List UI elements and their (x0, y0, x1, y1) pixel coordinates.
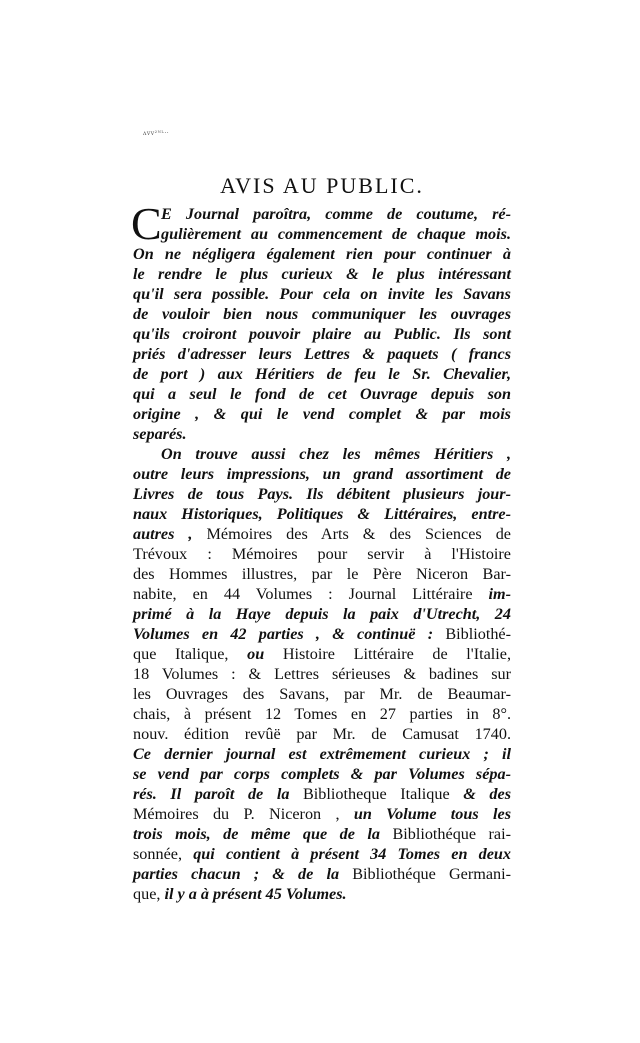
text-line: se vend par corps complets & par Volumes… (133, 764, 511, 784)
text-line: de vouloir bien nous communiquer les ouv… (133, 304, 511, 324)
italic-text: On ne négligera également rien pour cont… (133, 245, 511, 263)
text-line: les Ouvrages des Savans, par Mr. de Beau… (133, 684, 511, 704)
italic-text: rés. Il paroît de la (133, 785, 303, 803)
italic-text: & des (463, 785, 511, 803)
roman-text: Bibliothéque rai- (392, 825, 511, 843)
italic-text: E Journal paroîtra, comme de coutume, ré… (161, 205, 511, 223)
roman-text: chais, à présent 12 Tomes en 27 parties … (133, 705, 511, 723)
italic-text: outre leurs impressions, un grand assort… (133, 465, 511, 483)
roman-text: Bibliothé- (445, 625, 511, 643)
paragraph: On trouve aussi chez les mêmes Héritiers… (133, 444, 511, 904)
italic-text: Ce dernier journal est extrêmement curie… (133, 745, 511, 763)
italic-text: im- (489, 585, 511, 603)
text-line: nabite, en 44 Volumes : Journal Littérai… (133, 584, 511, 604)
text-line: separés. (133, 424, 511, 444)
text-line: origine , & qui le vend complet & par mo… (133, 404, 511, 424)
text-line: primé à la Haye depuis la paix d'Utrecht… (133, 604, 511, 624)
text-line: Trévoux : Mémoires pour servir à l'Histo… (133, 544, 511, 564)
document-body: CE Journal paroîtra, comme de coutume, r… (133, 204, 511, 904)
text-line: que Italique, ou Histoire Littéraire de … (133, 644, 511, 664)
italic-text: autres , (133, 525, 207, 543)
text-line: le rendre le plus curieux & le plus inté… (133, 264, 511, 284)
italic-text: qu'ils croiront pouvoir plaire au Public… (133, 325, 511, 343)
roman-text: nabite, en 44 Volumes : Journal Littérai… (133, 585, 489, 603)
italic-text: ou (247, 645, 283, 663)
italic-text: trois mois, de même que de la (133, 825, 392, 843)
text-line: Ce dernier journal est extrêmement curie… (133, 744, 511, 764)
text-line: parties chacun ; & de la Bibliothéque Ge… (133, 864, 511, 884)
text-line: trois mois, de même que de la Bibliothéq… (133, 824, 511, 844)
roman-text: sonnée, (133, 845, 193, 863)
italic-text: de port ) aux Héritiers de feu le Sr. Ch… (133, 365, 511, 383)
italic-text: gulièrement au commencement de chaque mo… (161, 225, 511, 243)
roman-text: que Italique, (133, 645, 247, 663)
roman-text: 18 Volumes : & Lettres sérieuses & badin… (133, 665, 511, 683)
text-line: On trouve aussi chez les mêmes Héritiers… (133, 444, 511, 464)
text-line: On ne négligera également rien pour cont… (133, 244, 511, 264)
italic-text: origine , & qui le vend complet & par mo… (133, 405, 511, 423)
roman-text: Bibliothéque Germani- (352, 865, 511, 883)
italic-text: primé à la Haye depuis la paix d'Utrecht… (133, 605, 511, 623)
italic-text: le rendre le plus curieux & le plus inté… (133, 265, 511, 283)
italic-text: Livres de tous Pays. Ils débitent plusie… (133, 485, 511, 503)
printer-mark: ʌvv²ᴺᴸ·· (143, 130, 169, 137)
text-line: Volumes en 42 parties , & continuë : Bib… (133, 624, 511, 644)
text-line: gulièrement au commencement de chaque mo… (133, 224, 511, 244)
italic-text: naux Historiques, Politiques & Littérair… (133, 505, 511, 523)
italic-text: de vouloir bien nous communiquer les ouv… (133, 305, 511, 323)
italic-text: qui a seul le fond de cet Ouvrage depuis… (133, 385, 511, 403)
text-line: rés. Il paroît de la Bibliotheque Italiq… (133, 784, 511, 804)
roman-text: que, (133, 885, 164, 903)
italic-text: separés. (133, 425, 187, 443)
italic-text: qui contient à présent 34 Tomes en deux (193, 845, 511, 863)
italic-text: qu'il sera possible. Pour cela on invite… (133, 285, 511, 303)
roman-text: nouv. édition revûë par Mr. de Camusat 1… (133, 725, 511, 743)
roman-text: les Ouvrages des Savans, par Mr. de Beau… (133, 685, 511, 703)
roman-text: des Hommes illustres, par le Père Nicero… (133, 565, 511, 583)
italic-text: priés d'adresser leurs Lettres & paquets… (133, 345, 511, 363)
document-page: AVIS AU PUBLIC. CE Journal paroîtra, com… (133, 172, 511, 904)
roman-text: Bibliotheque Italique (303, 785, 463, 803)
italic-text: On trouve aussi chez les mêmes Héritiers… (161, 445, 511, 463)
drop-cap: C (131, 202, 162, 246)
text-line: outre leurs impressions, un grand assort… (133, 464, 511, 484)
italic-text: Volumes en 42 parties , & continuë : (133, 625, 445, 643)
text-line: Livres de tous Pays. Ils débitent plusie… (133, 484, 511, 504)
text-line: qu'il sera possible. Pour cela on invite… (133, 284, 511, 304)
roman-text: Histoire Littéraire de l'Italie, (283, 645, 511, 663)
text-line: 18 Volumes : & Lettres sérieuses & badin… (133, 664, 511, 684)
italic-text: se vend par corps complets & par Volumes… (133, 765, 511, 783)
italic-text: parties chacun ; & de la (133, 865, 352, 883)
text-line: de port ) aux Héritiers de feu le Sr. Ch… (133, 364, 511, 384)
text-line: nouv. édition revûë par Mr. de Camusat 1… (133, 724, 511, 744)
page-title: AVIS AU PUBLIC. (133, 172, 511, 200)
text-line: qui a seul le fond de cet Ouvrage depuis… (133, 384, 511, 404)
text-line: autres , Mémoires des Arts & des Science… (133, 524, 511, 544)
roman-text: Mémoires du P. Niceron , (133, 805, 354, 823)
text-line: que, il y a à présent 45 Volumes. (133, 884, 511, 904)
text-line: E Journal paroîtra, comme de coutume, ré… (133, 204, 511, 224)
text-line: qu'ils croiront pouvoir plaire au Public… (133, 324, 511, 344)
text-line: naux Historiques, Politiques & Littérair… (133, 504, 511, 524)
text-line: priés d'adresser leurs Lettres & paquets… (133, 344, 511, 364)
italic-text: un Volume tous les (354, 805, 511, 823)
italic-text: il y a à présent 45 Volumes. (164, 885, 346, 903)
roman-text: Mémoires des Arts & des Sciences de (207, 525, 512, 543)
text-line: Mémoires du P. Niceron , un Volume tous … (133, 804, 511, 824)
roman-text: Trévoux : Mémoires pour servir à l'Histo… (133, 545, 511, 563)
text-line: sonnée, qui contient à présent 34 Tomes … (133, 844, 511, 864)
text-line: des Hommes illustres, par le Père Nicero… (133, 564, 511, 584)
paragraph: CE Journal paroîtra, comme de coutume, r… (133, 204, 511, 444)
text-line: chais, à présent 12 Tomes en 27 parties … (133, 704, 511, 724)
